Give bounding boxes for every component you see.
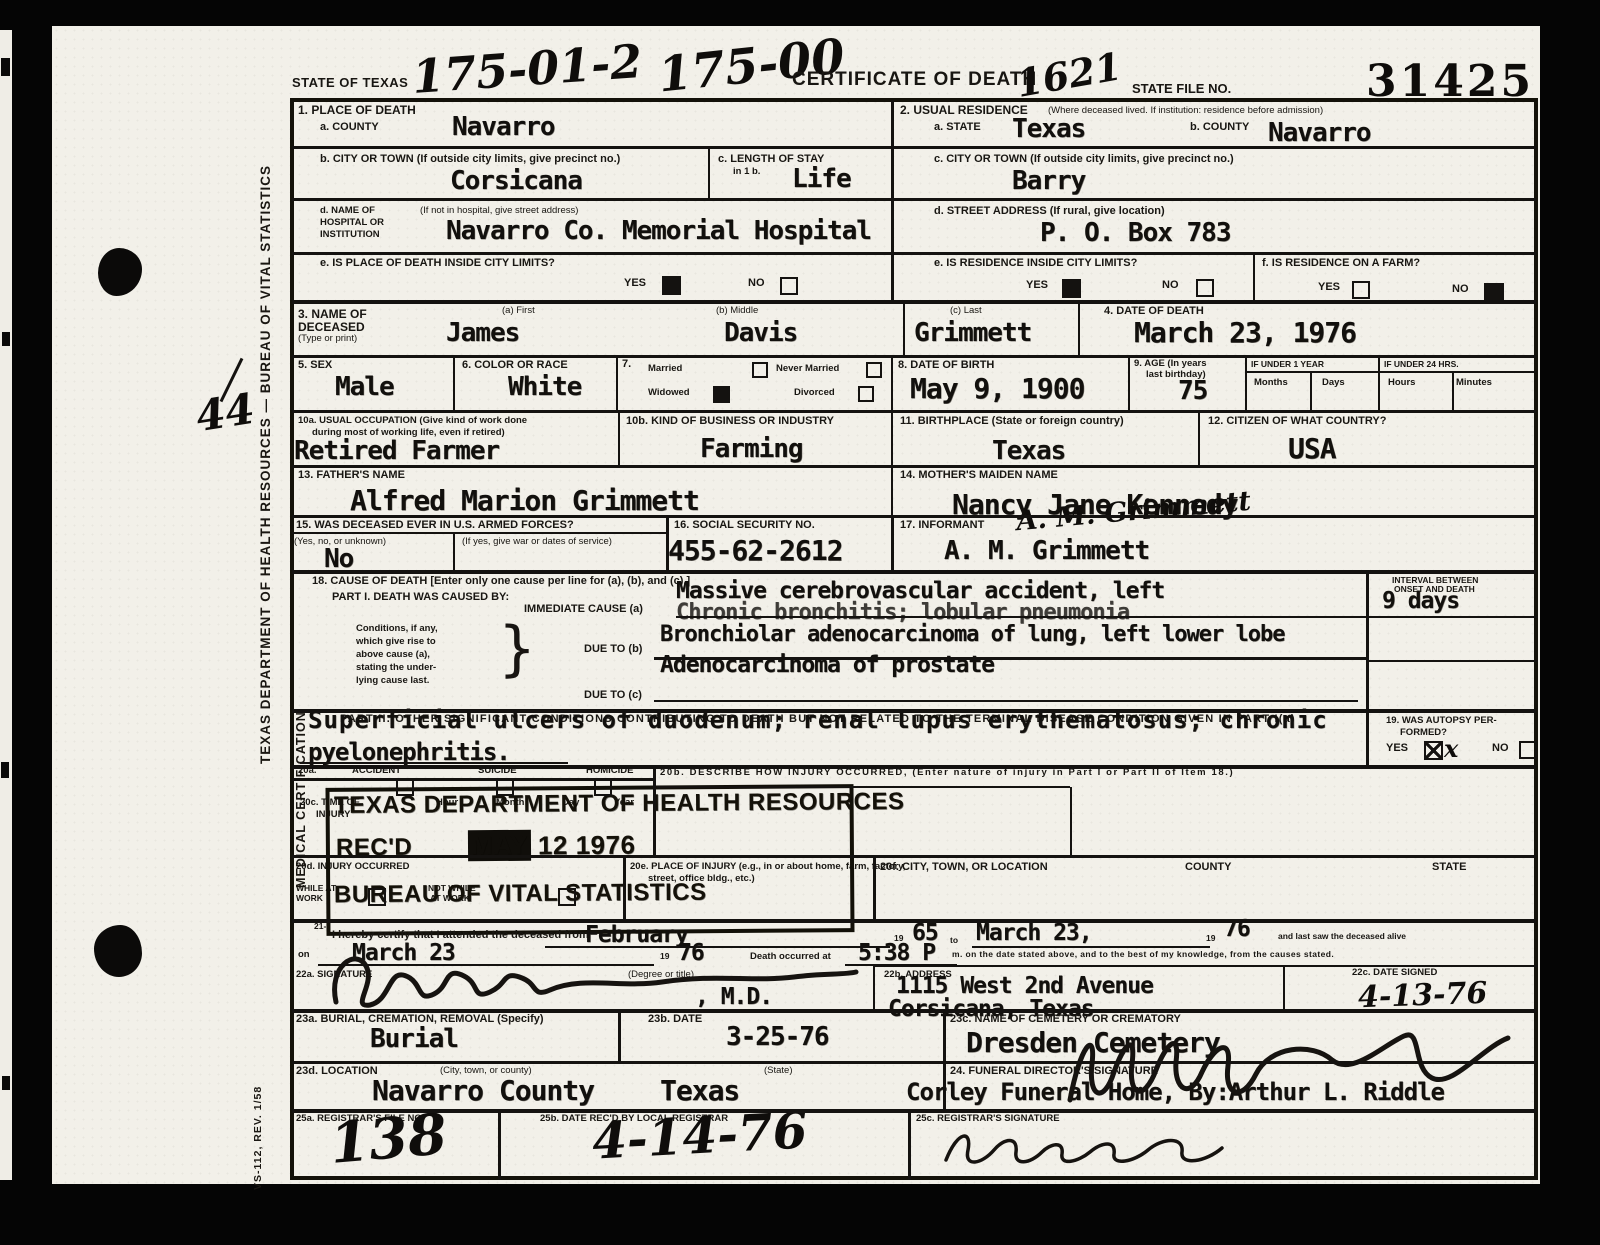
scan-mark xyxy=(1,58,10,76)
value-color-or-race: White xyxy=(508,372,581,402)
form-line xyxy=(292,1109,1536,1113)
field-age-label-1: 9. AGE (In years xyxy=(1134,359,1207,369)
form-line xyxy=(1198,412,1200,465)
field-birthplace-label: 11. BIRTHPLACE (State or foreign country… xyxy=(900,416,1124,428)
checkbox-empty xyxy=(858,386,874,402)
form-line xyxy=(1283,966,1285,1009)
value-fathers-name: Alfred Marion Grimmett xyxy=(350,484,699,517)
form-line xyxy=(498,1111,501,1180)
form-line xyxy=(1452,372,1454,410)
form-line xyxy=(292,765,1536,769)
conditions-note-1: Conditions, if any, xyxy=(356,624,438,634)
due-to-b-label: DUE TO (b) xyxy=(584,644,642,656)
value-city-of-death: Corsicana xyxy=(450,166,582,196)
funeral-director-signature xyxy=(1050,1016,1530,1114)
form-line xyxy=(908,1111,911,1180)
form-line xyxy=(903,303,905,355)
form-line xyxy=(545,946,890,948)
form-line xyxy=(873,965,1538,967)
value-burial-state: Texas xyxy=(660,1074,739,1107)
form-line xyxy=(292,300,1536,304)
scan-mark xyxy=(2,332,10,346)
conditions-note-5: lying cause last. xyxy=(356,676,429,686)
field-ssn-label: 16. SOCIAL SECURITY NO. xyxy=(674,520,815,532)
value-residence-state: Texas xyxy=(1012,114,1085,144)
field-mothers-maiden-name-label: 14. MOTHER'S MAIDEN NAME xyxy=(900,470,1058,482)
field-county-label: a. COUNTY xyxy=(320,122,379,134)
form-line xyxy=(891,517,894,570)
scan-edge-sliver xyxy=(0,30,12,1180)
form-line xyxy=(292,709,1536,713)
value-burial-date: 3-25-76 xyxy=(726,1022,829,1052)
stamp-line-1: TEXAS DEPARTMENT OF HEALTH RESOURCES xyxy=(334,788,905,820)
field-name-of-deceased-label-1: 3. NAME OF xyxy=(298,308,367,321)
form-line xyxy=(292,855,1536,858)
form-line xyxy=(292,146,1536,149)
value-length-of-stay: Life xyxy=(792,164,851,194)
field-industry-label: 10b. KIND OF BUSINESS OR INDUSTRY xyxy=(626,416,834,428)
scan-mark xyxy=(2,1076,10,1090)
field-burial-location-label: 23d. LOCATION xyxy=(296,1066,378,1078)
field-last-name-label: (c) Last xyxy=(950,306,982,316)
form-line xyxy=(1128,357,1130,410)
field-hours-label: Hours xyxy=(1388,378,1415,388)
field-burial-date-label: 23b. DATE xyxy=(648,1014,702,1026)
value-hospital: Navarro Co. Memorial Hospital xyxy=(446,216,871,246)
field-place-of-death-label: 1. PLACE OF DEATH xyxy=(298,104,416,117)
form-line xyxy=(292,570,1536,574)
value-county-of-death: Navarro xyxy=(452,112,555,142)
checkbox-empty xyxy=(594,778,612,796)
field-middle-name-label: (b) Middle xyxy=(716,306,758,316)
form-line xyxy=(676,616,1366,618)
field-color-or-race-label: 6. COLOR OR RACE xyxy=(462,360,568,372)
field-autopsy-label-1: 19. WAS AUTOPSY PER- xyxy=(1386,716,1497,726)
value-occupation: Retired Farmer xyxy=(294,436,499,466)
value-attended-to: March 23, xyxy=(976,920,1092,946)
checkbox-empty xyxy=(558,888,576,906)
form-line xyxy=(654,657,1366,660)
due-to-c-label: DUE TO (c) xyxy=(584,690,642,702)
field-street-address-label: d. STREET ADDRESS (If rural, give locati… xyxy=(934,206,1165,218)
part1-label: PART I. DEATH WAS CAUSED BY: xyxy=(332,592,509,604)
checkbox-empty xyxy=(866,362,882,378)
form-line xyxy=(666,517,669,570)
form-line xyxy=(653,767,656,855)
field-date-of-birth-label: 8. DATE OF BIRTH xyxy=(898,360,994,372)
form-line xyxy=(708,148,710,198)
certify-tail-2: m. on the date stated above, and to the … xyxy=(952,950,1334,959)
checkbox-checked xyxy=(1062,279,1081,298)
ink-blot xyxy=(94,925,142,977)
value-ssn: 455-62-2612 xyxy=(668,534,842,567)
form-line xyxy=(873,857,876,919)
field-citizen-label: 12. CITIZEN OF WHAT COUNTRY? xyxy=(1208,416,1386,428)
checkbox-empty xyxy=(368,888,386,906)
field-length-of-stay-sub: in 1 b. xyxy=(733,167,760,177)
death-inside-city-yes-label: YES xyxy=(624,278,646,290)
field-hospital-label-1: d. NAME OF xyxy=(320,206,375,216)
value-burial: Burial xyxy=(370,1024,458,1054)
conditions-note-2: which give rise to xyxy=(356,637,436,647)
form-line xyxy=(654,700,1358,702)
field-usual-residence-note: (Where deceased lived. If institution: r… xyxy=(1048,106,1323,116)
form-line xyxy=(318,964,654,966)
to-label: to xyxy=(950,936,958,945)
form-line xyxy=(292,532,666,534)
form-line xyxy=(292,919,1536,923)
county-column-label: COUNTY xyxy=(1185,862,1231,874)
value-sex: Male xyxy=(335,372,394,402)
form-line xyxy=(1245,371,1536,373)
form-line xyxy=(292,465,1536,468)
form-line xyxy=(1366,660,1538,662)
header-if-under-1-year: IF UNDER 1 YEAR xyxy=(1251,360,1324,369)
field-cause-of-death-label: 18. CAUSE OF DEATH [Enter only one cause… xyxy=(312,576,690,588)
field-date-signed-label: 22c. DATE SIGNED xyxy=(1352,968,1437,978)
conditions-note-3: above cause (a), xyxy=(356,650,430,660)
field-hospital-label-3: INSTITUTION xyxy=(320,230,380,240)
form-line xyxy=(1310,372,1312,410)
value-date-of-birth: May 9, 1900 xyxy=(910,372,1084,405)
field-city-of-death-label: b. CITY OR TOWN (If outside city limits,… xyxy=(320,154,620,166)
form-line xyxy=(1366,572,1369,709)
form-line xyxy=(292,410,1536,413)
form-line xyxy=(453,357,455,410)
field-usual-residence-label: 2. USUAL RESIDENCE xyxy=(900,104,1028,117)
form-line xyxy=(1078,303,1080,355)
field-occupation-label-1: 10a. USUAL OCCUPATION (Give kind of work… xyxy=(298,416,527,426)
checkbox-checked xyxy=(1484,283,1504,303)
field-20b-label: 20b. DESCRIBE HOW INJURY OCCURRED, (Ente… xyxy=(660,768,1234,778)
state-file-no-label: STATE FILE NO. xyxy=(1132,82,1231,96)
field-hospital-note: (If not in hospital, give street address… xyxy=(420,206,578,216)
header-if-under-24-hrs: IF UNDER 24 HRS. xyxy=(1384,360,1459,369)
field-minutes-label: Minutes xyxy=(1456,378,1492,388)
value-cause-c: Adenocarcinoma of prostate xyxy=(660,652,994,678)
field-20f-label: 20f. CITY, TOWN, OR LOCATION xyxy=(880,862,1048,874)
value-middle-name: Davis xyxy=(724,318,797,348)
field-21-number: 21- xyxy=(314,922,326,931)
residence-on-farm-no-label: NO xyxy=(1452,284,1469,296)
conditions-note-4: stating the under- xyxy=(356,663,436,673)
field-informant-label: 17. INFORMANT xyxy=(900,520,984,532)
field-marital-number: 7. xyxy=(622,359,631,371)
form-line xyxy=(616,357,618,410)
form-line xyxy=(292,515,1536,518)
registrar-signature xyxy=(938,1116,1250,1176)
scan-mark xyxy=(1,762,9,778)
autopsy-no-label: NO xyxy=(1492,743,1509,755)
form-line xyxy=(292,1009,1536,1013)
field-death-inside-city-label: e. IS PLACE OF DEATH INSIDE CITY LIMITS? xyxy=(320,258,555,270)
form-line xyxy=(1378,357,1380,410)
autopsy-yes-label: YES xyxy=(1386,743,1408,755)
marital-never-married-label: Never Married xyxy=(776,364,839,374)
field-name-of-deceased-label-2: DECEASED xyxy=(298,321,365,334)
form-line xyxy=(943,1011,946,1061)
field-residence-inside-city-label: e. IS RESIDENCE INSIDE CITY LIMITS? xyxy=(934,258,1137,270)
form-line xyxy=(292,252,1536,255)
form-line xyxy=(292,1061,1536,1064)
field-armed-forces-label: 15. WAS DECEASED EVER IN U.S. ARMED FORC… xyxy=(296,520,574,532)
value-interval: 9 days xyxy=(1382,588,1459,614)
value-informant: A. M. Grimmett xyxy=(944,536,1149,566)
field-first-name-label: (a) First xyxy=(502,306,535,316)
field-sex-label: 5. SEX xyxy=(298,360,332,372)
form-line xyxy=(292,355,1536,358)
checkbox-empty xyxy=(1352,281,1370,299)
value-date-of-death: March 23, 1976 xyxy=(1134,316,1356,349)
autopsy-x-mark: x xyxy=(1444,734,1458,763)
checkbox-checked xyxy=(713,386,730,403)
death-inside-city-no-label: NO xyxy=(748,278,765,290)
form-line xyxy=(623,857,626,919)
marital-married-label: Married xyxy=(648,364,682,374)
value-first-name: James xyxy=(446,318,519,348)
field-days-label: Days xyxy=(1322,378,1345,388)
checkbox-empty xyxy=(1196,279,1214,297)
margin-form-number: VS-112, REV. 1/58 xyxy=(252,1030,264,1190)
field-residence-city-label: c. CITY OR TOWN (If outside city limits,… xyxy=(934,154,1234,166)
form-line xyxy=(891,467,893,515)
value-time-of-death: 5:38 P xyxy=(858,940,935,966)
value-age: 75 xyxy=(1178,376,1207,406)
value-street-address: P. O. Box 783 xyxy=(1040,218,1231,248)
form-line xyxy=(873,966,875,1009)
burial-state-note: (State) xyxy=(764,1066,793,1076)
form-line xyxy=(657,786,1070,788)
field-armed-forces-note-2: (If yes, give war or dates of service) xyxy=(462,537,612,547)
form-line xyxy=(1070,787,1072,855)
form-line xyxy=(292,198,1536,201)
checkbox-empty xyxy=(496,778,514,796)
state-of-texas-label: STATE OF TEXAS xyxy=(292,76,408,90)
form-line xyxy=(618,412,620,465)
value-last-name: Grimmett xyxy=(914,318,1031,348)
field-months-label: Months xyxy=(1254,378,1288,388)
field-residence-county-label: b. COUNTY xyxy=(1190,122,1249,134)
checkbox-checked xyxy=(662,276,681,295)
form-line xyxy=(943,1063,946,1109)
value-citizen: USA xyxy=(1288,432,1336,465)
field-residence-on-farm-label: f. IS RESIDENCE ON A FARM? xyxy=(1262,258,1420,270)
checkbox-empty xyxy=(1519,741,1537,759)
form-line xyxy=(891,412,893,465)
field-autopsy-label-2: FORMED? xyxy=(1400,728,1447,738)
field-name-of-deceased-label-3: (Type or print) xyxy=(298,334,357,344)
scanned-death-certificate: TEXAS DEPARTMENT OF HEALTH RESOURCES — B… xyxy=(0,0,1600,1245)
checkbox-empty xyxy=(752,362,768,378)
form-line xyxy=(300,762,568,764)
form-line xyxy=(891,100,894,300)
form-line xyxy=(1366,616,1538,618)
on-label: on xyxy=(298,950,310,960)
form-line xyxy=(453,533,455,570)
checkbox-empty xyxy=(780,277,798,295)
certify-tail-1: and last saw the deceased alive xyxy=(1278,932,1406,941)
marital-divorced-label: Divorced xyxy=(794,388,835,398)
year-prefix-2: 19 xyxy=(1206,934,1215,943)
form-line xyxy=(1253,254,1255,300)
state-column-label: STATE xyxy=(1432,862,1466,874)
stamp-line-3: BUREAU OF VITAL STATISTICS xyxy=(334,879,707,910)
field-fathers-name-label: 13. FATHER'S NAME xyxy=(298,470,405,482)
form-line xyxy=(891,357,893,410)
value-burial-location: Navarro County xyxy=(372,1074,594,1107)
residence-inside-city-yes-label: YES xyxy=(1026,280,1048,292)
form-line xyxy=(1245,357,1247,410)
form-line xyxy=(618,1011,621,1061)
conditions-brace: } xyxy=(498,614,536,684)
checkbox-empty xyxy=(396,778,414,796)
residence-inside-city-no-label: NO xyxy=(1162,280,1179,292)
value-birthplace: Texas xyxy=(992,436,1065,466)
margin-department-text: TEXAS DEPARTMENT OF HEALTH RESOURCES — B… xyxy=(258,96,273,764)
value-industry: Farming xyxy=(700,434,803,464)
value-residence-city: Barry xyxy=(1012,166,1085,196)
form-line xyxy=(972,946,1210,948)
certificate-title: CERTIFICATE OF DEATH xyxy=(792,70,1037,90)
field-hospital-label-2: HOSPITAL OR xyxy=(320,218,384,228)
form-line xyxy=(1366,711,1369,765)
immediate-cause-label: IMMEDIATE CAUSE (a) xyxy=(524,604,643,616)
checkbox-checked xyxy=(1424,741,1443,760)
field-residence-state-label: a. STATE xyxy=(934,122,981,134)
marital-widowed-label: Widowed xyxy=(648,388,690,398)
while-at-work-label-2: WORK xyxy=(296,894,323,903)
value-cause-b: Bronchiolar adenocarcinoma of lung, left… xyxy=(660,622,1285,647)
value-residence-county: Navarro xyxy=(1268,118,1371,148)
residence-on-farm-yes-label: YES xyxy=(1318,282,1340,294)
